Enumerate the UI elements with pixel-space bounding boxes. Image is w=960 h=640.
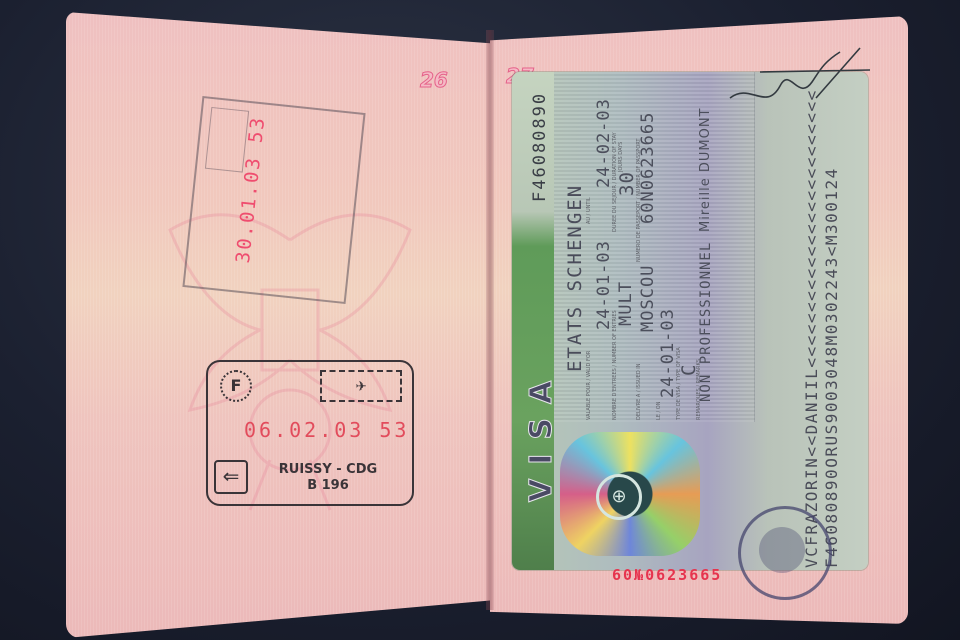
- page-number-left: 26: [420, 68, 448, 92]
- consulate-seal-stamp: [738, 506, 832, 600]
- valid-until-value: 24-02-03: [594, 98, 614, 188]
- visa-issuer: ETATS SCHENGEN: [564, 184, 586, 372]
- valid-until-label: AU / UNTIL: [586, 197, 592, 224]
- valid-from-value: 24-01-03: [594, 240, 614, 330]
- eu-country-circle-icon: F: [220, 370, 252, 402]
- duration-unit: JOURS DAYS: [618, 142, 624, 172]
- stamp-code: B 196: [268, 478, 388, 494]
- passport-spine-fold: [486, 30, 494, 610]
- entry-stamp-cdg: F ✈ 06.02.03 53 ⇐ RUISSY - CDG B 196: [206, 360, 414, 506]
- visa-title: VISA: [524, 367, 559, 502]
- schengen-emblem-icon: ⊕: [596, 474, 642, 520]
- entry-arrow-icon: ⇐: [214, 460, 248, 494]
- airplane-icon: ✈: [320, 370, 402, 402]
- visa-type-label: TYPE DE VISA / TYPE OF VISA: [676, 347, 682, 420]
- passport-number-value: 60N0623665: [638, 112, 658, 224]
- entry-stamp-airport: RUISSY - CDG B 196: [268, 462, 388, 494]
- airport-name: RUISSY - CDG: [268, 462, 388, 478]
- issuing-officer: Mireille DUMONT: [698, 108, 713, 233]
- remarks-value: NON PROFESSIONNEL: [698, 242, 714, 402]
- mrz-line-2: F46080890ORUS9003048M0302243<M300124: [822, 167, 841, 568]
- entries-label: NOMBRE D'ENTREES / NUMBER OF ENTRIES: [612, 310, 618, 420]
- valid-from-label: VALABLE POUR / VALID FOR: [586, 351, 592, 420]
- departure-stamp-frame: [182, 96, 365, 304]
- issue-date-label: LE / ON: [656, 402, 662, 420]
- duration-value: 30: [616, 171, 638, 196]
- seal-emblem-icon: [759, 527, 805, 573]
- issued-in-value: MOSCOU: [638, 265, 658, 332]
- issue-date-value: 24-01-03: [658, 308, 678, 398]
- issued-in-label: DELIVRE A / ISSUED IN: [636, 364, 642, 421]
- passport-serial-number: 60№0623665: [612, 566, 722, 584]
- visa-number: F46080890: [530, 92, 550, 202]
- entries-value: MULT: [616, 281, 636, 326]
- signature-scribble-icon: [720, 42, 880, 132]
- entry-stamp-date: 06.02.03 53: [244, 418, 409, 442]
- mrz-line-1: VCFRAZORIN<<DANIIL<<<<<<<<<<<<<<<<<<<<<<…: [802, 89, 821, 568]
- schengen-visa-sticker: VISA F46080890 ETATS SCHENGEN VALABLE PO…: [512, 72, 868, 570]
